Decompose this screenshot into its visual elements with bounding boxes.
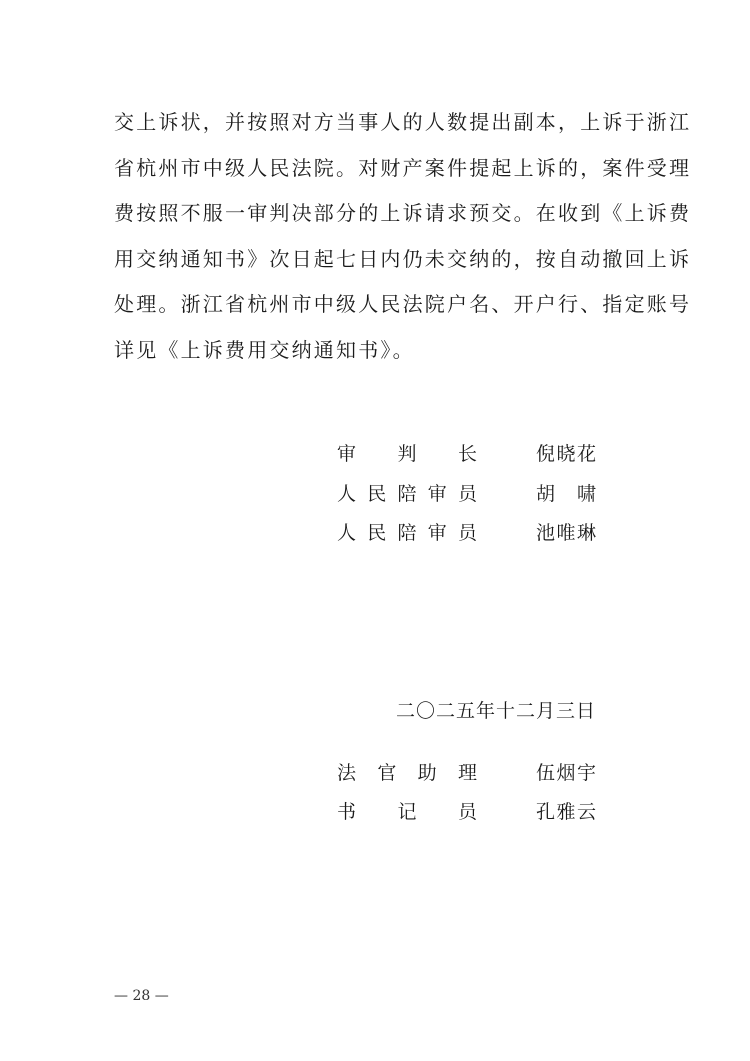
paragraph-line: 处理。浙江省杭州市中级人民法院户名、开户行、指定账号 (114, 282, 614, 328)
role-char: 理 (458, 755, 477, 791)
role-char: 法 (337, 755, 356, 791)
signature-presiding-judge: 审 判 长 倪 晓 花 (337, 436, 607, 472)
role-char: 员 (458, 476, 477, 512)
role-char: 员 (458, 794, 477, 830)
judgment-date: 二〇二五年十二月三日 (396, 693, 596, 729)
appeal-notice-paragraph: 交上诉状，并按照对方当事人的人数提出副本，上诉于浙江 省杭州市中级人民法院。对财… (114, 100, 614, 373)
name-char: 唯 (556, 515, 575, 551)
signature-role: 书 记 员 (337, 794, 477, 830)
signature-role: 人 民 陪 审 员 (337, 515, 477, 551)
role-char: 民 (367, 515, 386, 551)
role-char: 陪 (397, 515, 416, 551)
paragraph-line: 用交纳通知书》次日起七日内仍未交纳的，按自动撤回上诉 (114, 237, 614, 283)
name-char: 啸 (577, 476, 596, 512)
role-char: 官 (377, 755, 396, 791)
role-char: 民 (367, 476, 386, 512)
name-char: 孔 (536, 794, 555, 830)
signature-name: 倪 晓 花 (536, 436, 596, 472)
name-char: 琳 (577, 515, 596, 551)
role-char: 书 (337, 794, 356, 830)
name-char: 花 (577, 436, 596, 472)
role-char: 判 (397, 436, 416, 472)
signature-role: 审 判 长 (337, 436, 477, 472)
signature-judge-assistant: 法 官 助 理 伍 烟 宇 (337, 755, 607, 791)
name-char: 雅 (556, 794, 575, 830)
name-char: 池 (536, 515, 555, 551)
signature-name: 孔 雅 云 (536, 794, 596, 830)
name-char: 晓 (556, 436, 575, 472)
role-char: 人 (337, 476, 356, 512)
role-char: 助 (418, 755, 437, 791)
role-char: 陪 (397, 476, 416, 512)
name-char: 胡 (536, 476, 555, 512)
page-number: — 28 — (114, 985, 169, 1007)
signature-name: 伍 烟 宇 (536, 755, 596, 791)
paragraph-line: 省杭州市中级人民法院。对财产案件提起上诉的，案件受理 (114, 146, 614, 192)
document-page: 交上诉状，并按照对方当事人的人数提出副本，上诉于浙江 省杭州市中级人民法院。对财… (0, 0, 750, 1061)
signature-role: 人 民 陪 审 员 (337, 476, 477, 512)
signature-court-clerk: 书 记 员 孔 雅 云 (337, 794, 607, 830)
signature-name: 池 唯 琳 (536, 515, 596, 551)
signature-peoples-assessor-1: 人 民 陪 审 员 胡 啸 (337, 476, 607, 512)
signature-name: 胡 啸 (536, 476, 596, 512)
signature-peoples-assessor-2: 人 民 陪 审 员 池 唯 琳 (337, 515, 607, 551)
signature-role: 法 官 助 理 (337, 755, 477, 791)
role-char: 审 (428, 515, 447, 551)
role-char: 记 (397, 794, 416, 830)
role-char: 人 (337, 515, 356, 551)
role-char: 员 (458, 515, 477, 551)
role-char: 审 (428, 476, 447, 512)
paragraph-line: 详见《上诉费用交纳通知书》。 (114, 328, 614, 374)
name-char: 倪 (536, 436, 555, 472)
name-char: 伍 (536, 755, 555, 791)
name-char: 云 (577, 794, 596, 830)
name-char: 宇 (577, 755, 596, 791)
paragraph-line: 费按照不服一审判决部分的上诉请求预交。在收到《上诉费 (114, 191, 614, 237)
role-char: 审 (337, 436, 356, 472)
name-char: 烟 (556, 755, 575, 791)
role-char: 长 (458, 436, 477, 472)
paragraph-line: 交上诉状，并按照对方当事人的人数提出副本，上诉于浙江 (114, 100, 614, 146)
